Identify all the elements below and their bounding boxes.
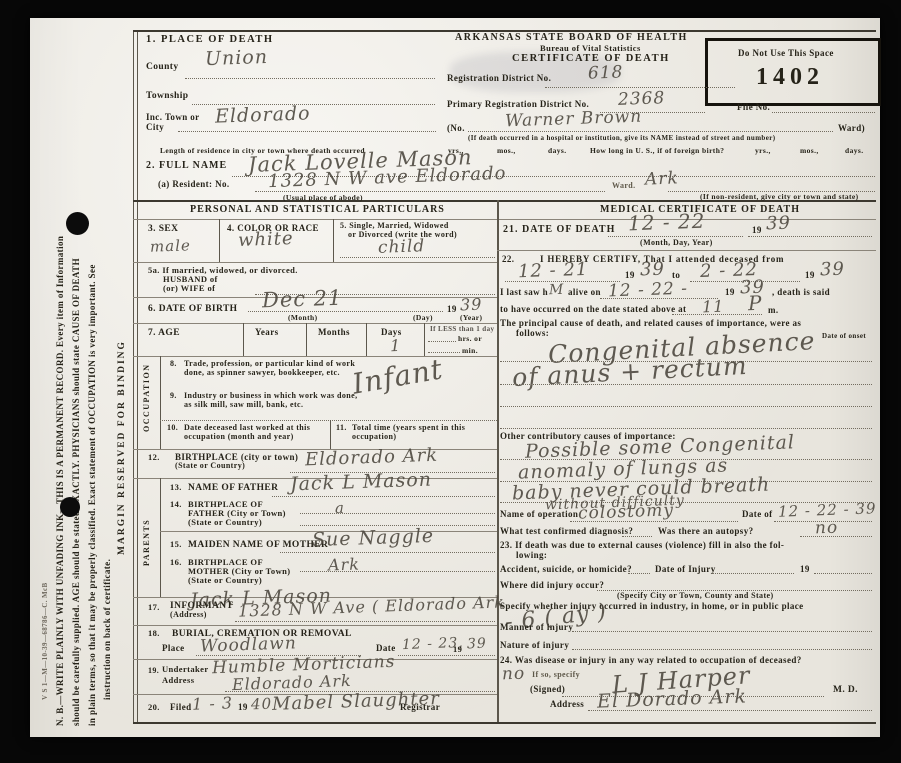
section-header-underline xyxy=(133,219,876,220)
row-divider xyxy=(133,356,497,357)
year-caption: (Year) xyxy=(460,314,482,322)
margin-reserved-label: MARGIN RESERVED FOR BINDING xyxy=(117,340,127,555)
rule-line xyxy=(248,311,443,312)
rule-line xyxy=(772,112,875,113)
death-year-printed: 19 xyxy=(752,226,762,236)
group-divider xyxy=(160,478,161,597)
him-value: M xyxy=(549,283,565,299)
no-paren-label: (No. xyxy=(447,124,465,134)
where-injury-label: Where did injury occur? xyxy=(500,581,604,591)
burial-place-label: Place xyxy=(162,644,185,654)
from-year-printed: 19 xyxy=(625,271,635,281)
item11-number: 11. xyxy=(336,424,347,433)
hrs-label: hrs. or xyxy=(458,335,482,343)
left-column-header: PERSONAL AND STATISTICAL PARTICULARS xyxy=(190,205,445,216)
item14-number: 14. xyxy=(170,500,182,509)
rule-line xyxy=(300,513,495,514)
wife-of-label: (or) WIFE of xyxy=(163,284,215,293)
ink-blob xyxy=(60,497,80,517)
county-label: County xyxy=(146,62,179,72)
cell-divider xyxy=(330,420,331,449)
item22-number: 22. xyxy=(502,255,514,265)
item12-number: 12. xyxy=(148,453,160,462)
last-saw-label: I last saw h xyxy=(500,288,548,298)
from-year-value: 39 xyxy=(640,260,666,280)
cell-divider xyxy=(306,323,307,356)
mother-maiden-value: Sue Naggle xyxy=(312,526,435,551)
parents-vertical-label: PARENTS xyxy=(143,519,152,566)
ampm-value: P xyxy=(748,293,763,315)
cell-divider xyxy=(243,323,244,356)
undertaker-label: Undertaker xyxy=(162,665,209,674)
yrs2-label: yrs., xyxy=(755,147,771,155)
birth-year-value: 39 xyxy=(460,296,483,314)
occurred-label: to have occurred on the date stated abov… xyxy=(500,305,686,315)
item9-label: Industry or business in which work was d… xyxy=(184,392,359,409)
undertaker-addr-label: Address xyxy=(162,676,194,685)
to-year-value: 39 xyxy=(820,260,846,280)
burial-place-value: Woodlawn xyxy=(200,634,297,656)
rule-line xyxy=(235,621,495,622)
autopsy-value: no xyxy=(815,519,839,538)
place-of-death-label: 1. PLACE OF DEATH xyxy=(146,34,274,45)
full-name-label: 2. FULL NAME xyxy=(146,161,227,172)
form-border-left-inner xyxy=(137,30,138,722)
cell-divider xyxy=(219,219,220,262)
hospital-value: Warner Brown xyxy=(505,108,643,131)
rule-line xyxy=(500,406,872,407)
birth-year-printed: 19 xyxy=(447,305,457,315)
days-label: days. xyxy=(548,147,566,155)
rule-line xyxy=(748,236,872,237)
informant-addr-label: (Address) xyxy=(170,611,207,620)
operation-date-label: Date of xyxy=(742,510,773,520)
item19-number: 19. xyxy=(148,667,159,676)
birthplace-sublabel: (State or Country) xyxy=(175,462,245,471)
rule-line xyxy=(280,552,495,553)
item11-label: Total time (years spent in this occupati… xyxy=(352,424,472,441)
rule-line xyxy=(545,87,735,88)
mother-bp-label3: (State or Country) xyxy=(188,576,262,585)
rule-line xyxy=(572,649,872,650)
manner-of-injury-label: Manner of injury xyxy=(500,623,573,633)
reg-district-value: 618 xyxy=(588,63,624,83)
father-name-value: Jack L Mason xyxy=(290,470,433,495)
row-divider xyxy=(133,625,497,626)
reg-district-label: Registration District No. xyxy=(447,74,551,84)
rule-line xyxy=(185,78,435,79)
item15-number: 15. xyxy=(170,540,182,549)
margin-note-line3: in plain terms, so that it may be proper… xyxy=(88,264,98,726)
resident-label: (a) Resident: No. xyxy=(158,180,230,190)
date-of-birth-value: Dec 21 xyxy=(262,287,343,312)
mos2-label: mos., xyxy=(800,147,819,155)
ward-value: Ark xyxy=(645,169,679,189)
abode-note: (Usual place of abode) xyxy=(283,194,363,202)
sex-value: male xyxy=(150,237,191,255)
filed-year-printed: 19 xyxy=(238,703,248,713)
attended-from-value: 12 - 21 xyxy=(518,260,589,282)
item9-number: 9. xyxy=(170,392,177,401)
ward-paren-label: Ward) xyxy=(838,124,865,134)
death-date-caption: (Month, Day, Year) xyxy=(640,239,713,248)
rule-line xyxy=(712,573,794,574)
where-spec-caption: (Specify City or Town, County and State) xyxy=(617,592,774,601)
rule-line xyxy=(600,298,718,299)
mother-maiden-label: MAIDEN NAME OF MOTHER xyxy=(188,540,328,550)
rule-line xyxy=(570,521,738,522)
city-value: Eldorado xyxy=(215,103,311,127)
rule-line xyxy=(800,536,872,537)
rule-line xyxy=(272,496,495,497)
age-days-value: 1 xyxy=(390,337,402,355)
min-label: min. xyxy=(462,347,478,355)
autopsy-label: Was there an autopsy? xyxy=(658,527,754,537)
alive-on-label: alive on xyxy=(568,288,601,298)
md-label: M. D. xyxy=(833,685,858,695)
cell-divider xyxy=(366,323,367,356)
row-divider xyxy=(133,262,497,263)
alive-year-printed: 19 xyxy=(725,288,735,298)
certificate-number: 1402 xyxy=(756,65,824,91)
group-divider xyxy=(160,356,161,449)
rule-line xyxy=(622,536,652,537)
nature-of-injury-label: Nature of injury xyxy=(500,641,569,651)
date-of-onset-label: Date of onset xyxy=(822,333,866,341)
rule-line xyxy=(300,571,495,572)
rule-line xyxy=(468,131,833,132)
margin-note-line1: N. B.—WRITE PLAINLY WITH UNFADING INK—TH… xyxy=(56,236,66,726)
age-years-label: Years xyxy=(255,328,279,338)
marital-value: child xyxy=(378,237,426,257)
death-said-label: , death is said xyxy=(772,288,830,298)
race-value: white xyxy=(238,229,294,250)
to-year-printed: 19 xyxy=(805,271,815,281)
filed-date-value: 1 - 3 xyxy=(192,694,234,713)
operation-label: Name of operation xyxy=(500,510,578,520)
township-label: Township xyxy=(146,91,188,101)
if-so-specify-label: If so, specify xyxy=(532,671,580,680)
death-year-value: 39 xyxy=(766,214,792,234)
mos-label: mos., xyxy=(497,147,516,155)
city-label: City xyxy=(146,123,164,133)
rule-line xyxy=(428,341,456,342)
rule-line xyxy=(340,257,495,258)
item16-number: 16. xyxy=(170,558,182,567)
margin-note-line2: should be carefully supplied. AGE should… xyxy=(72,258,82,726)
cell-divider xyxy=(424,323,425,356)
rule-line xyxy=(160,420,497,421)
hour-value: 11 xyxy=(702,298,725,316)
county-value: Union xyxy=(205,47,269,70)
rule-line xyxy=(608,236,743,237)
physician-address-label: Address xyxy=(550,700,584,710)
do-not-use-box: Do Not Use This Space 1402 xyxy=(705,38,881,106)
date-of-death-label: 21. DATE OF DEATH xyxy=(503,225,615,236)
rule-line xyxy=(572,631,872,632)
form-border-bottom xyxy=(133,722,876,724)
less-than-day-label: If LESS than 1 day xyxy=(430,326,494,334)
rule-line xyxy=(178,131,436,132)
age-label: 7. AGE xyxy=(148,328,180,338)
item13-number: 13. xyxy=(170,483,182,492)
days2-label: days. xyxy=(845,147,863,155)
rule-line xyxy=(628,573,650,574)
rule-line xyxy=(672,314,762,315)
related-value: no xyxy=(502,665,526,684)
nonresident-note: (If non-resident, give city or town and … xyxy=(700,193,859,201)
registrar-label: Registrar xyxy=(400,703,440,713)
hospital-note: (If death occurred in a hospital or inst… xyxy=(468,135,775,143)
accident-label: Accident, suicide, or homicide? xyxy=(500,565,632,575)
sex-label: 3. SEX xyxy=(148,224,178,234)
signed-label: (Signed) xyxy=(530,685,565,695)
birthplace-value: Eldorado Ark xyxy=(305,446,439,470)
item20-number: 20. xyxy=(148,703,160,712)
burial-year-printed: 19 xyxy=(453,645,462,654)
date-of-death-value: 12 - 22 xyxy=(628,211,706,235)
external-causes-label-2: lowing: xyxy=(516,551,547,561)
print-code: V S 1—M—10-39—68786—C. McB xyxy=(42,582,50,700)
item8-label: Trade, profession, or particular kind of… xyxy=(184,360,359,377)
ward-label: Ward. xyxy=(612,182,636,191)
date-of-birth-label: 6. DATE OF BIRTH xyxy=(148,304,237,314)
father-bp-label3: (State or Country) xyxy=(188,518,262,527)
age-months-label: Months xyxy=(318,328,350,338)
ink-blob xyxy=(66,212,89,235)
item8-number: 8. xyxy=(170,360,177,369)
rule-line xyxy=(500,428,872,429)
cell-divider xyxy=(333,219,334,262)
father-name-label: NAME OF FATHER xyxy=(188,483,278,493)
item17-number: 17. xyxy=(148,603,160,612)
row-divider xyxy=(497,250,876,251)
rule-line xyxy=(588,710,872,711)
rule-line xyxy=(500,384,872,385)
margin-note-line4: instruction on back of certificate. xyxy=(103,559,113,700)
burial-year-value: 39 xyxy=(467,637,487,653)
item10-number: 10. xyxy=(167,424,178,433)
day-caption: (Day) xyxy=(413,314,433,322)
rule-line xyxy=(255,191,605,192)
bureau-subtitle: Bureau of Vital Statistics xyxy=(540,44,641,53)
item18-number: 18. xyxy=(148,629,160,638)
injury-19-label: 19 xyxy=(800,565,810,575)
month-caption: (Month) xyxy=(288,314,317,322)
m-label: m. xyxy=(768,306,779,316)
test-confirmed-label: What test confirmed diagnosis? xyxy=(500,527,633,537)
scanned-death-certificate: V S 1—M—10-39—68786—C. McB N. B.—WRITE P… xyxy=(0,0,901,763)
us-length-label: How long in U. S., if of foreign birth? xyxy=(590,147,724,155)
operation-value: colostomy xyxy=(578,501,675,523)
form-border-left xyxy=(133,30,134,722)
related-occupation-label: 24. Was disease or injury in any way rel… xyxy=(500,656,802,666)
file-no-label: File No. xyxy=(737,103,770,113)
row-divider xyxy=(133,323,497,324)
occupation-vertical-label: OCCUPATION xyxy=(143,364,152,432)
filed-year-value: 40 xyxy=(251,696,273,713)
rule-line xyxy=(398,655,495,656)
principal-cause-label-2: follows: xyxy=(516,329,549,339)
injury-date-label: Date of Injury xyxy=(655,565,716,575)
filed-label: Filed xyxy=(170,703,192,713)
rule-line xyxy=(814,573,872,574)
column-divider xyxy=(497,200,499,722)
item10-label: Date deceased last worked at this occupa… xyxy=(184,424,332,441)
do-not-use-label: Do Not Use This Space xyxy=(738,49,834,59)
